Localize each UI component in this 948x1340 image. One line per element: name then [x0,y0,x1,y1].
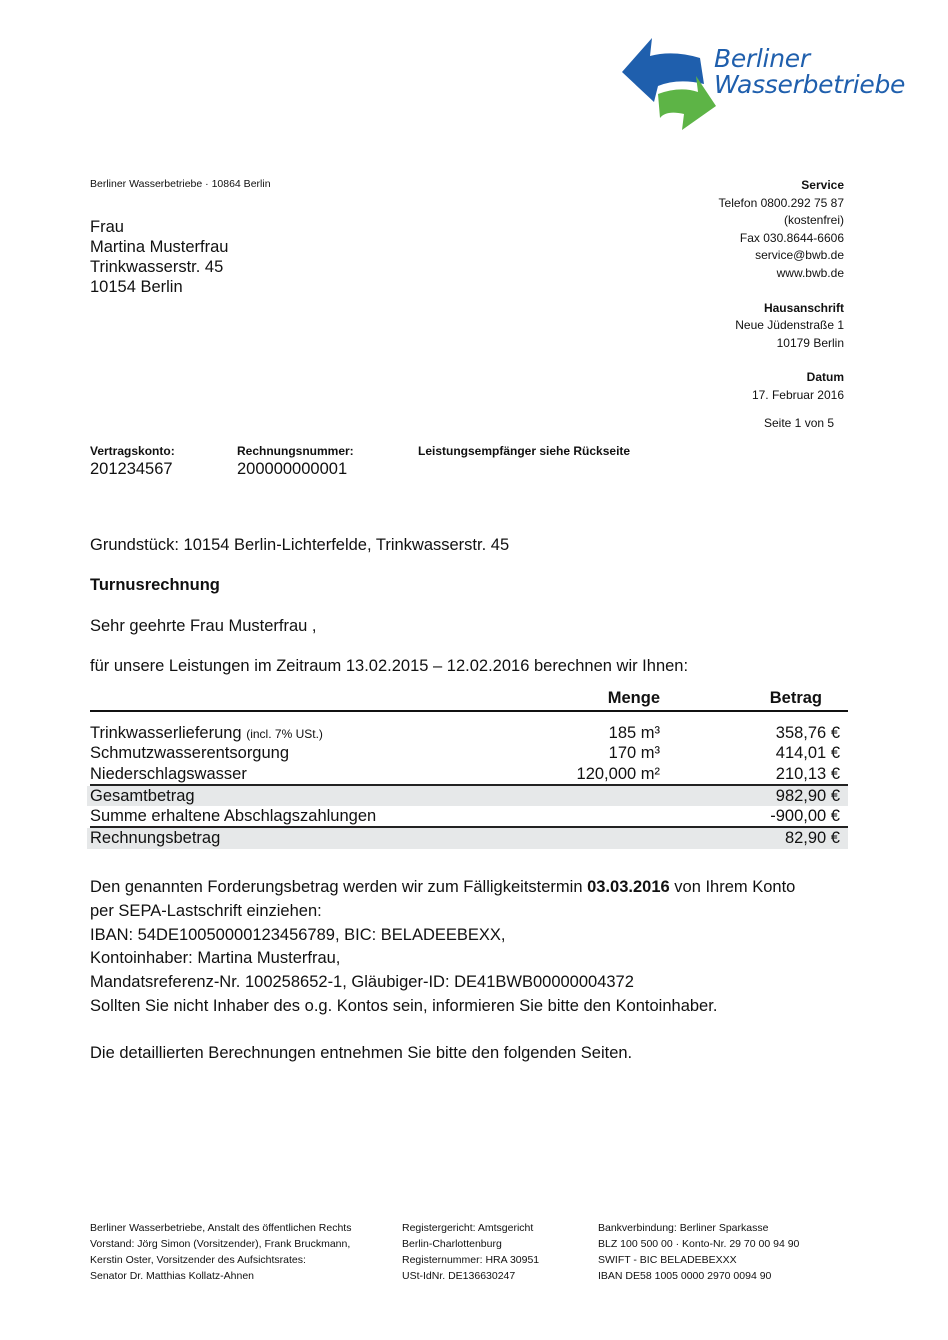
recipient-salutation: Frau [90,217,228,237]
logo-wordmark: Berliner Wasserbetriebe [714,46,905,98]
vertragskonto-label: Vertragskonto: [90,444,175,458]
company-logo: Berliner Wasserbetriebe [618,36,938,136]
row-amount: 358,76 € [776,723,840,743]
leistungsempfaenger-note: Leistungsempfänger siehe Rückseite [418,444,630,458]
logo-line-1: Berliner [714,46,905,72]
table-row: Niederschlagswasser 120,000 m² 210,13 € [90,764,848,786]
invoice-table: Menge Betrag Trinkwasserlieferung (incl.… [90,688,848,849]
table-row: Trinkwasserlieferung (incl. 7% USt.) 185… [90,723,848,743]
total-row: Gesamtbetrag 982,90 € [87,786,848,806]
header-amount: Betrag [770,689,822,708]
service-phone: Telefon 0800.292 75 87 [719,195,844,213]
sender-line: Berliner Wasserbetriebe · 10864 Berlin [90,178,271,190]
footer-register-info: Registergericht: Amtsgericht Berlin-Char… [402,1220,539,1284]
footer-bank-info: Bankverbindung: Berliner Sparkasse BLZ 1… [598,1220,799,1284]
datum-group: Datum 17. Februar 2016 [719,369,844,404]
row-label: Schmutzwasserentsorgung [90,743,289,763]
service-phone-note: (kostenfrei) [719,212,844,230]
document-title: Turnusrechnung [90,576,220,595]
contact-info-block: Service Telefon 0800.292 75 87 (kostenfr… [719,177,844,405]
row-quantity: 170 m³ [609,743,660,763]
table-header: Menge Betrag [90,688,848,712]
row-note: (incl. 7% USt.) [246,727,323,741]
hausanschrift-group: Hausanschrift Neue Jüdenstraße 1 10179 B… [719,300,844,353]
total-amount: -900,00 € [770,806,840,826]
payment-note: Sollten Sie nicht Inhaber des o.g. Konto… [90,995,795,1019]
payment-iban: IBAN: 54DE10050000123456789, BIC: BELADE… [90,924,795,948]
row-label: Niederschlagswasser [90,764,247,784]
total-label: Gesamtbetrag [90,786,195,806]
hausanschrift-street: Neue Jüdenstraße 1 [719,317,844,335]
row-label: Trinkwasserlieferung [90,724,242,742]
page-indicator: Seite 1 von 5 [764,416,834,430]
hausanschrift-city: 10179 Berlin [719,335,844,353]
row-amount: 210,13 € [776,764,840,784]
datum-value: 17. Februar 2016 [719,387,844,405]
service-label: Service [719,177,844,195]
table-row: Schmutzwasserentsorgung 170 m³ 414,01 € [90,743,848,763]
vertragskonto: Vertragskonto: 201234567 [90,444,175,479]
rechnungsnummer-label: Rechnungsnummer: [237,444,354,458]
service-email-link[interactable]: service@bwb.de [719,247,844,265]
greeting: Sehr geehrte Frau Musterfrau , [90,617,317,636]
property-address: Grundstück: 10154 Berlin-Lichterfelde, T… [90,536,509,555]
arrows-logo-icon [618,36,718,136]
payment-paragraph: Den genannten Forderungsbetrag werden wi… [90,876,795,1019]
vertragskonto-value: 201234567 [90,460,175,479]
row-quantity: 120,000 m² [577,764,660,784]
due-date: 03.03.2016 [587,878,670,896]
row-amount: 414,01 € [776,743,840,763]
total-amount: 82,90 € [785,828,840,848]
closing-text: Die detaillierten Berechnungen entnehmen… [90,1044,632,1063]
service-fax: Fax 030.8644-6606 [719,230,844,248]
total-amount: 982,90 € [776,786,840,806]
logo-line-2: Wasserbetriebe [714,72,905,98]
intro-text: für unsere Leistungen im Zeitraum 13.02.… [90,657,688,676]
recipient-address: Frau Martina Musterfrau Trinkwasserstr. … [90,217,228,297]
recipient-name: Martina Musterfrau [90,237,228,257]
payment-line-2: per SEPA-Lastschrift einziehen: [90,900,795,924]
total-row: Summe erhaltene Abschlagszahlungen -900,… [90,806,848,828]
recipient-city: 10154 Berlin [90,277,228,297]
header-quantity: Menge [608,689,660,708]
payment-account-holder: Kontoinhaber: Martina Musterfrau, [90,947,795,971]
service-website-link[interactable]: www.bwb.de [719,265,844,283]
hausanschrift-label: Hausanschrift [719,300,844,318]
recipient-street: Trinkwasserstr. 45 [90,257,228,277]
total-label: Rechnungsbetrag [90,828,220,848]
rechnungsnummer-value: 200000000001 [237,460,354,479]
footer-company-info: Berliner Wasserbetriebe, Anstalt des öff… [90,1220,351,1284]
row-quantity: 185 m³ [609,723,660,743]
datum-label: Datum [719,369,844,387]
payment-line-1: Den genannten Forderungsbetrag werden wi… [90,876,795,900]
payment-mandate: Mandatsreferenz-Nr. 100258652-1, Gläubig… [90,971,795,995]
total-row: Rechnungsbetrag 82,90 € [87,828,848,848]
total-label: Summe erhaltene Abschlagszahlungen [90,806,376,826]
service-group: Service Telefon 0800.292 75 87 (kostenfr… [719,177,844,283]
rechnungsnummer: Rechnungsnummer: 200000000001 [237,444,354,479]
